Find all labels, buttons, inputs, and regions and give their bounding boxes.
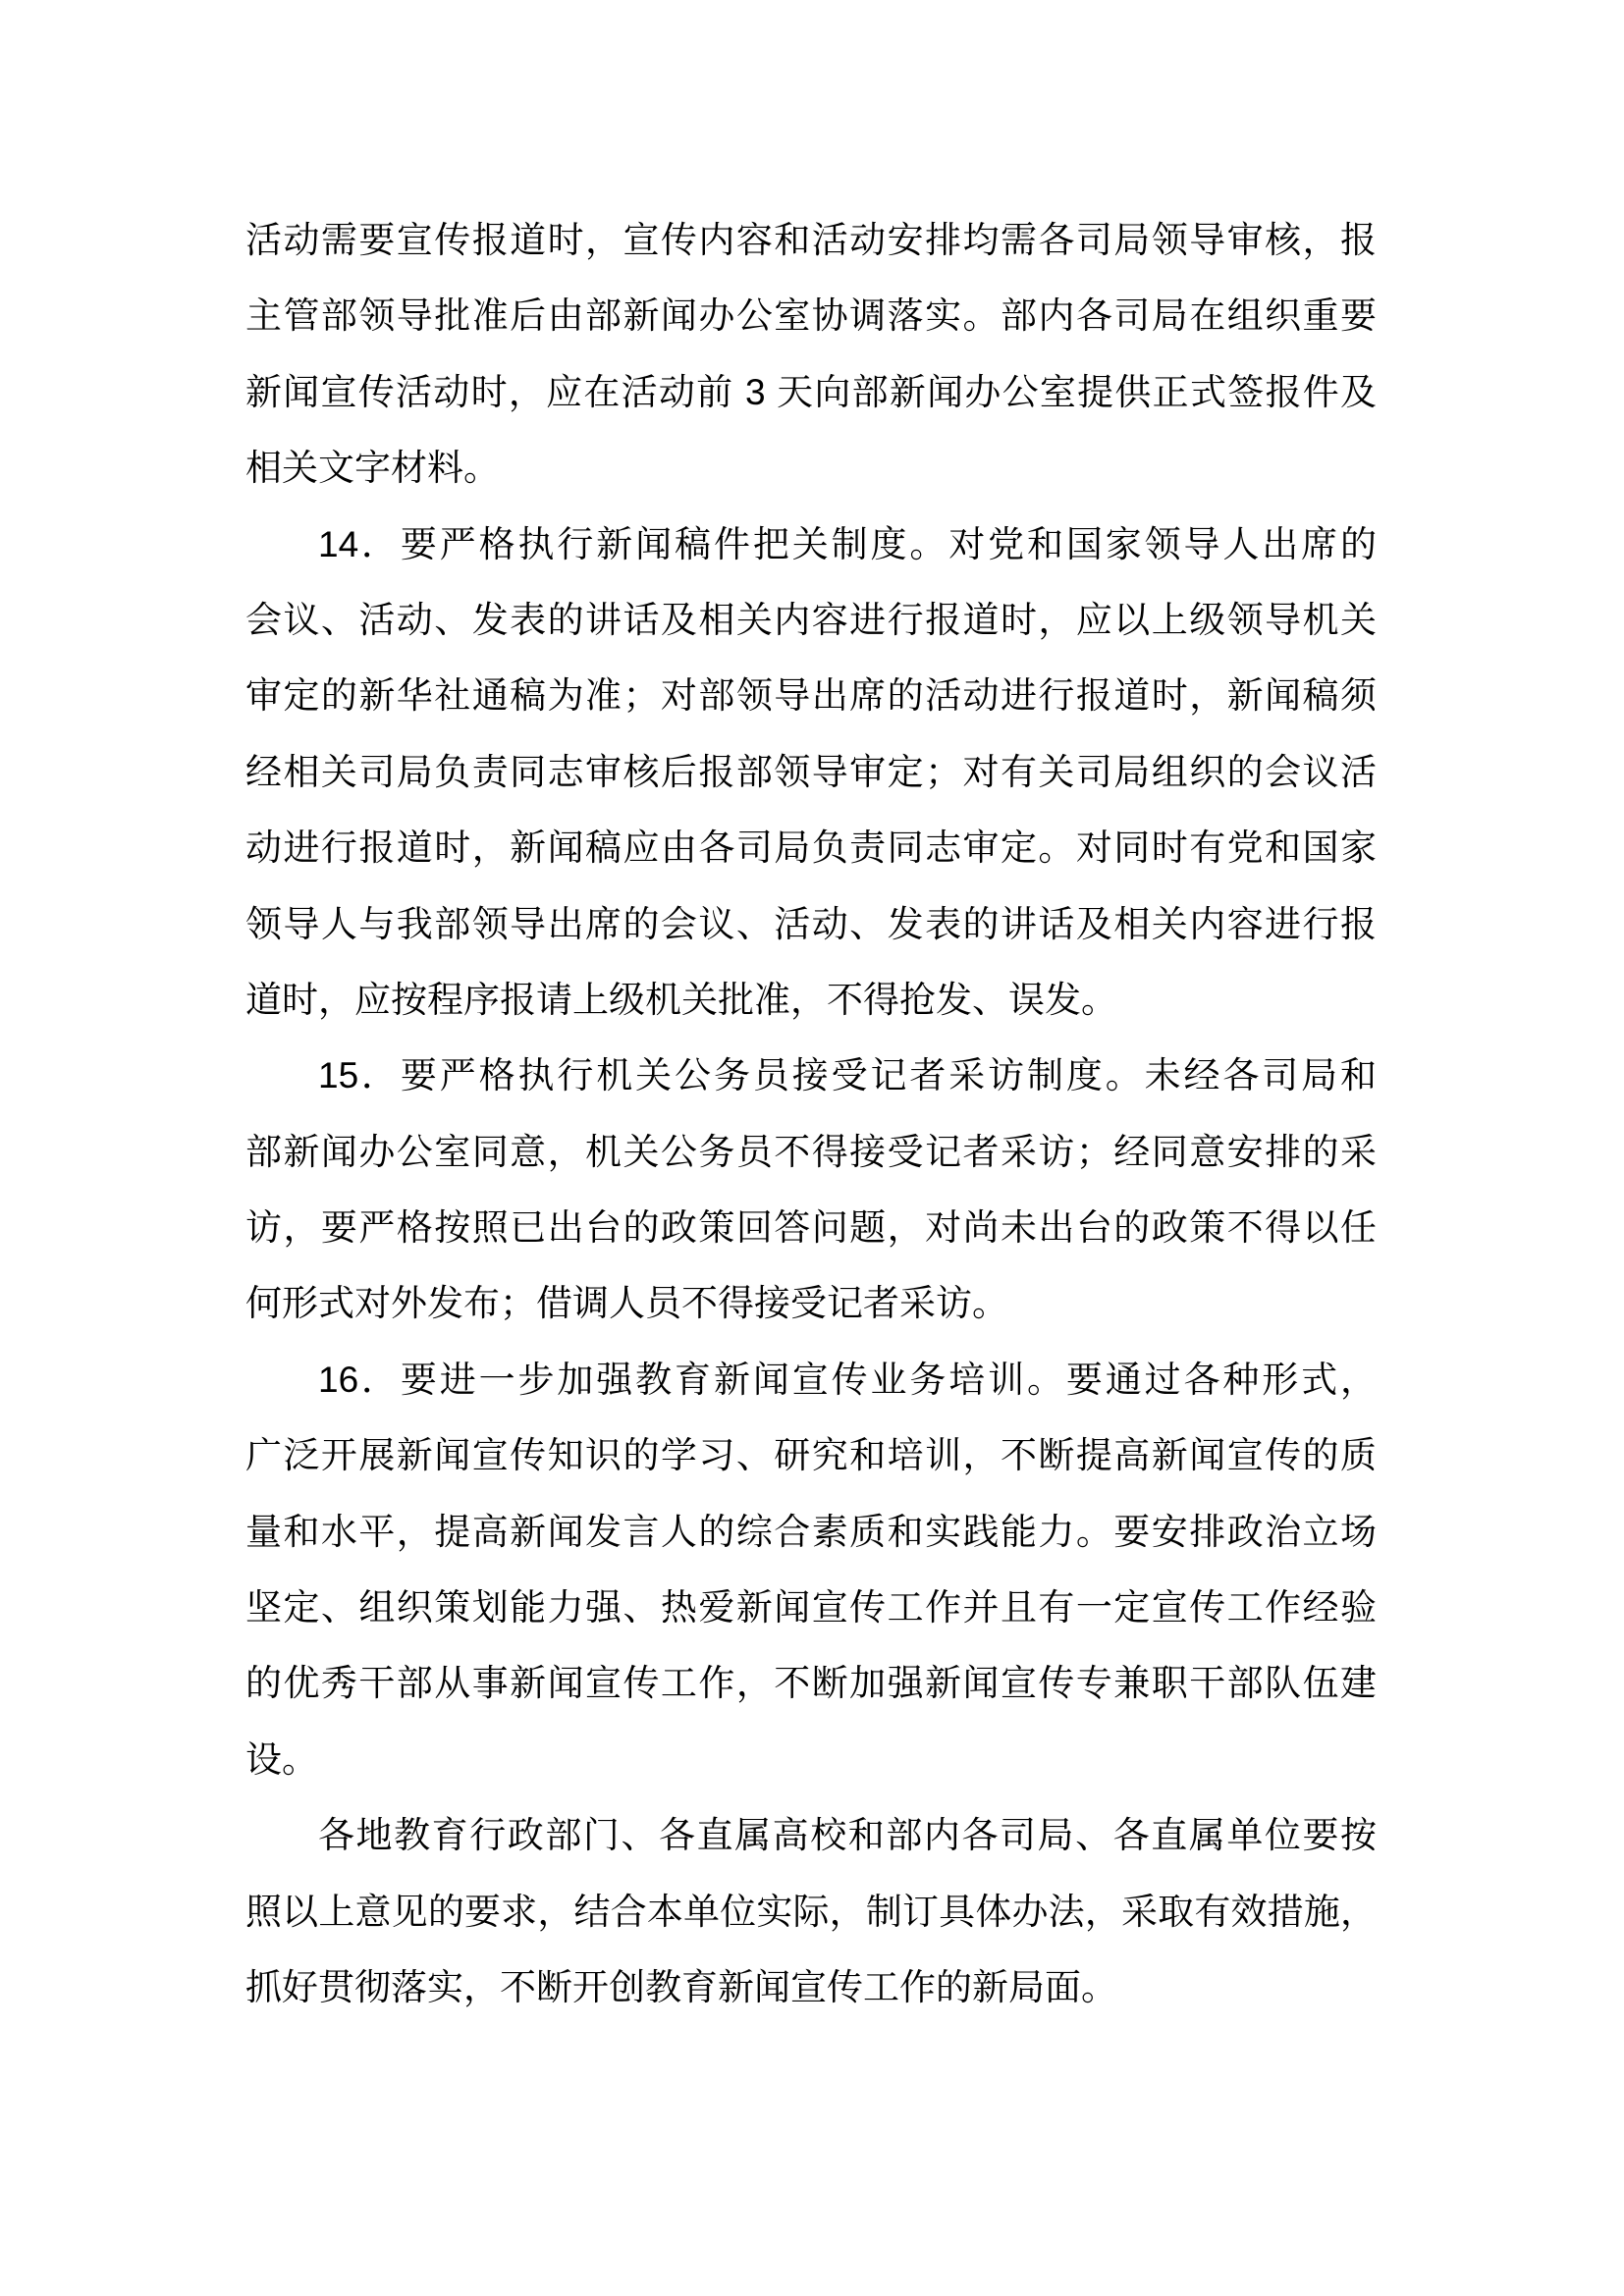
text-block: 活动需要宣传报道时，宣传内容和活动安排均需各司局领导审核，报主管部领导批准后由部… [245,202,1377,2025]
text-line: 16．要进一步加强教育新闻宣传业务培训。要通过各种形式， [245,1342,1377,1417]
text-line: 14．要严格执行新闻稿件把关制度。对党和国家领导人出席的 [245,507,1377,582]
text-line: 抓好贯彻落实，不断开创教育新闻宣传工作的新局面。 [245,1949,1377,2025]
text-line: 15．要严格执行机关公务员接受记者采访制度。未经各司局和 [245,1038,1377,1113]
text-line: 访，要严格按照已出台的政策回答问题，对尚未出台的政策不得以任 [245,1190,1377,1265]
text-line: 各地教育行政部门、各直属高校和部内各司局、各直属单位要按 [245,1797,1377,1873]
paragraph: 活动需要宣传报道时，宣传内容和活动安排均需各司局领导审核，报主管部领导批准后由部… [245,202,1377,507]
text-line: 动进行报道时，新闻稿应由各司局负责同志审定。对同时有党和国家 [245,810,1377,885]
paragraph: 15．要严格执行机关公务员接受记者采访制度。未经各司局和部新闻办公室同意，机关公… [245,1038,1377,1342]
text-line: 的优秀干部从事新闻宣传工作，不断加强新闻宣传专兼职干部队伍建 [245,1645,1377,1721]
text-line: 领导人与我部领导出席的会议、活动、发表的讲话及相关内容进行报 [245,886,1377,962]
text-line: 活动需要宣传报道时，宣传内容和活动安排均需各司局领导审核，报 [245,202,1377,278]
text-line: 照以上意见的要求，结合本单位实际，制订具体办法，采取有效措施， [245,1874,1377,1949]
text-line: 会议、活动、发表的讲话及相关内容进行报道时，应以上级领导机关 [245,582,1377,658]
text-line: 经相关司局负责同志审核后报部领导审定；对有关司局组织的会议活 [245,734,1377,810]
text-line: 广泛开展新闻宣传知识的学习、研究和培训，不断提高新闻宣传的质 [245,1417,1377,1493]
paragraph: 各地教育行政部门、各直属高校和部内各司局、各直属单位要按照以上意见的要求，结合本… [245,1797,1377,2025]
text-line: 主管部领导批准后由部新闻办公室协调落实。部内各司局在组织重要 [245,278,1377,353]
document-page: 活动需要宣传报道时，宣传内容和活动安排均需各司局领导审核，报主管部领导批准后由部… [0,0,1624,2296]
text-line: 道时，应按程序报请上级机关批准，不得抢发、误发。 [245,962,1377,1038]
text-line: 相关文字材料。 [245,430,1377,506]
text-line: 新闻宣传活动时，应在活动前 3 天向部新闻办公室提供正式签报件及 [245,354,1377,430]
paragraph: 14．要严格执行新闻稿件把关制度。对党和国家领导人出席的会议、活动、发表的讲话及… [245,507,1377,1039]
text-line: 何形式对外发布；借调人员不得接受记者采访。 [245,1265,1377,1341]
text-line: 部新闻办公室同意，机关公务员不得接受记者采访；经同意安排的采 [245,1114,1377,1190]
text-line: 坚定、组织策划能力强、热爱新闻宣传工作并且有一定宣传工作经验 [245,1570,1377,1645]
paragraph: 16．要进一步加强教育新闻宣传业务培训。要通过各种形式，广泛开展新闻宣传知识的学… [245,1342,1377,1797]
text-line: 量和水平，提高新闻发言人的综合素质和实践能力。要安排政治立场 [245,1494,1377,1570]
text-line: 审定的新华社通稿为准；对部领导出席的活动进行报道时，新闻稿须 [245,658,1377,733]
text-line: 设。 [245,1722,1377,1797]
